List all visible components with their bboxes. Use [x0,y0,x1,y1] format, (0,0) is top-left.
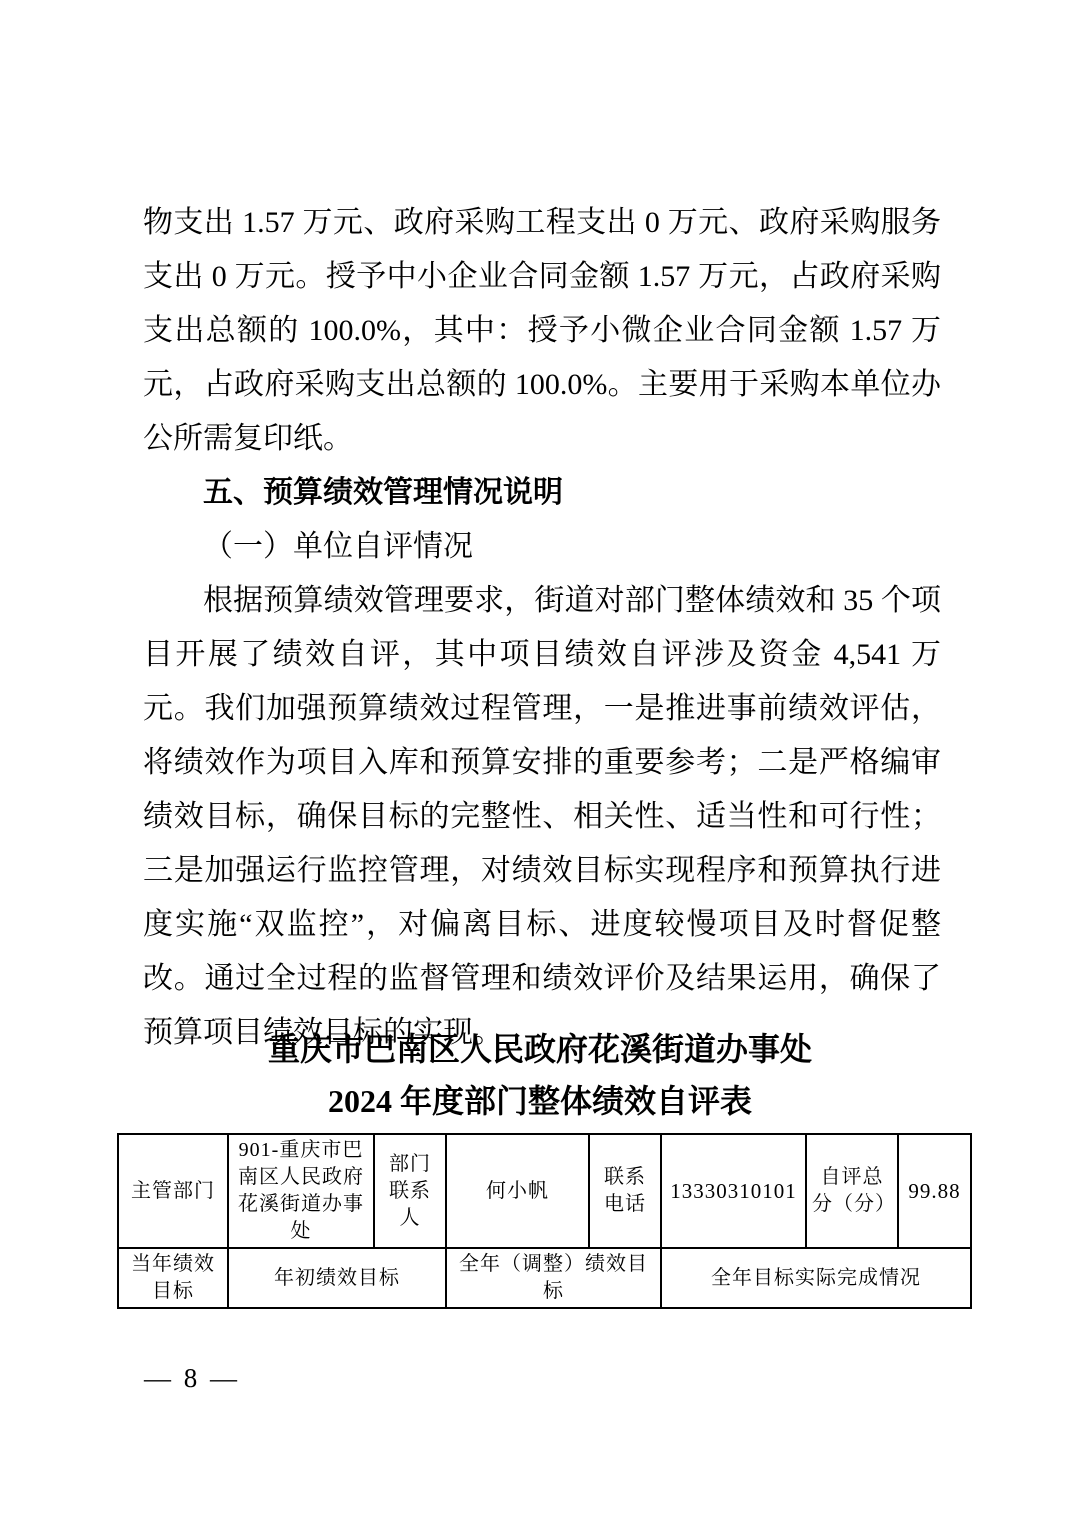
initial-goal-label: 年初绩效目标 [228,1248,446,1308]
paragraph-self-eval: 根据预算绩效管理要求，街道对部门整体绩效和 35 个项目开展了绩效自评，其中项目… [143,574,941,1060]
document-page: 物支出 1.57 万元、政府采购工程支出 0 万元、政府采购服务支出 0 万元。… [0,0,1074,1520]
self-evaluation-table: 主管部门 901-重庆市巴南区人民政府花溪街道办事处 部门联系人 何小帆 联系电… [117,1133,972,1309]
supervisor-dept-label: 主管部门 [118,1134,228,1248]
adjusted-goal-label: 全年（调整）绩效目标 [446,1248,661,1308]
table-title-line1: 重庆市巴南区人民政府花溪街道办事处 [110,1026,970,1072]
table-title-line2: 2024 年度部门整体绩效自评表 [110,1078,970,1124]
dept-contact-label: 部门联系人 [374,1134,446,1248]
table-row: 主管部门 901-重庆市巴南区人民政府花溪街道办事处 部门联系人 何小帆 联系电… [118,1134,971,1248]
self-score-label: 自评总分（分） [806,1134,898,1248]
completion-label: 全年目标实际完成情况 [661,1248,971,1308]
page-number: — 8 — [144,1363,240,1394]
phone-label: 联系电话 [589,1134,661,1248]
subsection-heading: （一）单位自评情况 [143,520,941,574]
section-heading: 五、预算绩效管理情况说明 [143,466,941,520]
body-text-block: 物支出 1.57 万元、政府采购工程支出 0 万元、政府采购服务支出 0 万元。… [143,196,941,1060]
year-goal-label: 当年绩效目标 [118,1248,228,1308]
self-score-value: 99.88 [898,1134,971,1248]
table-row: 当年绩效目标 年初绩效目标 全年（调整）绩效目标 全年目标实际完成情况 [118,1248,971,1308]
supervisor-dept-value: 901-重庆市巴南区人民政府花溪街道办事处 [228,1134,374,1248]
paragraph-procurement: 物支出 1.57 万元、政府采购工程支出 0 万元、政府采购服务支出 0 万元。… [143,196,941,466]
phone-value: 13330310101 [661,1134,806,1248]
dept-contact-value: 何小帆 [446,1134,589,1248]
